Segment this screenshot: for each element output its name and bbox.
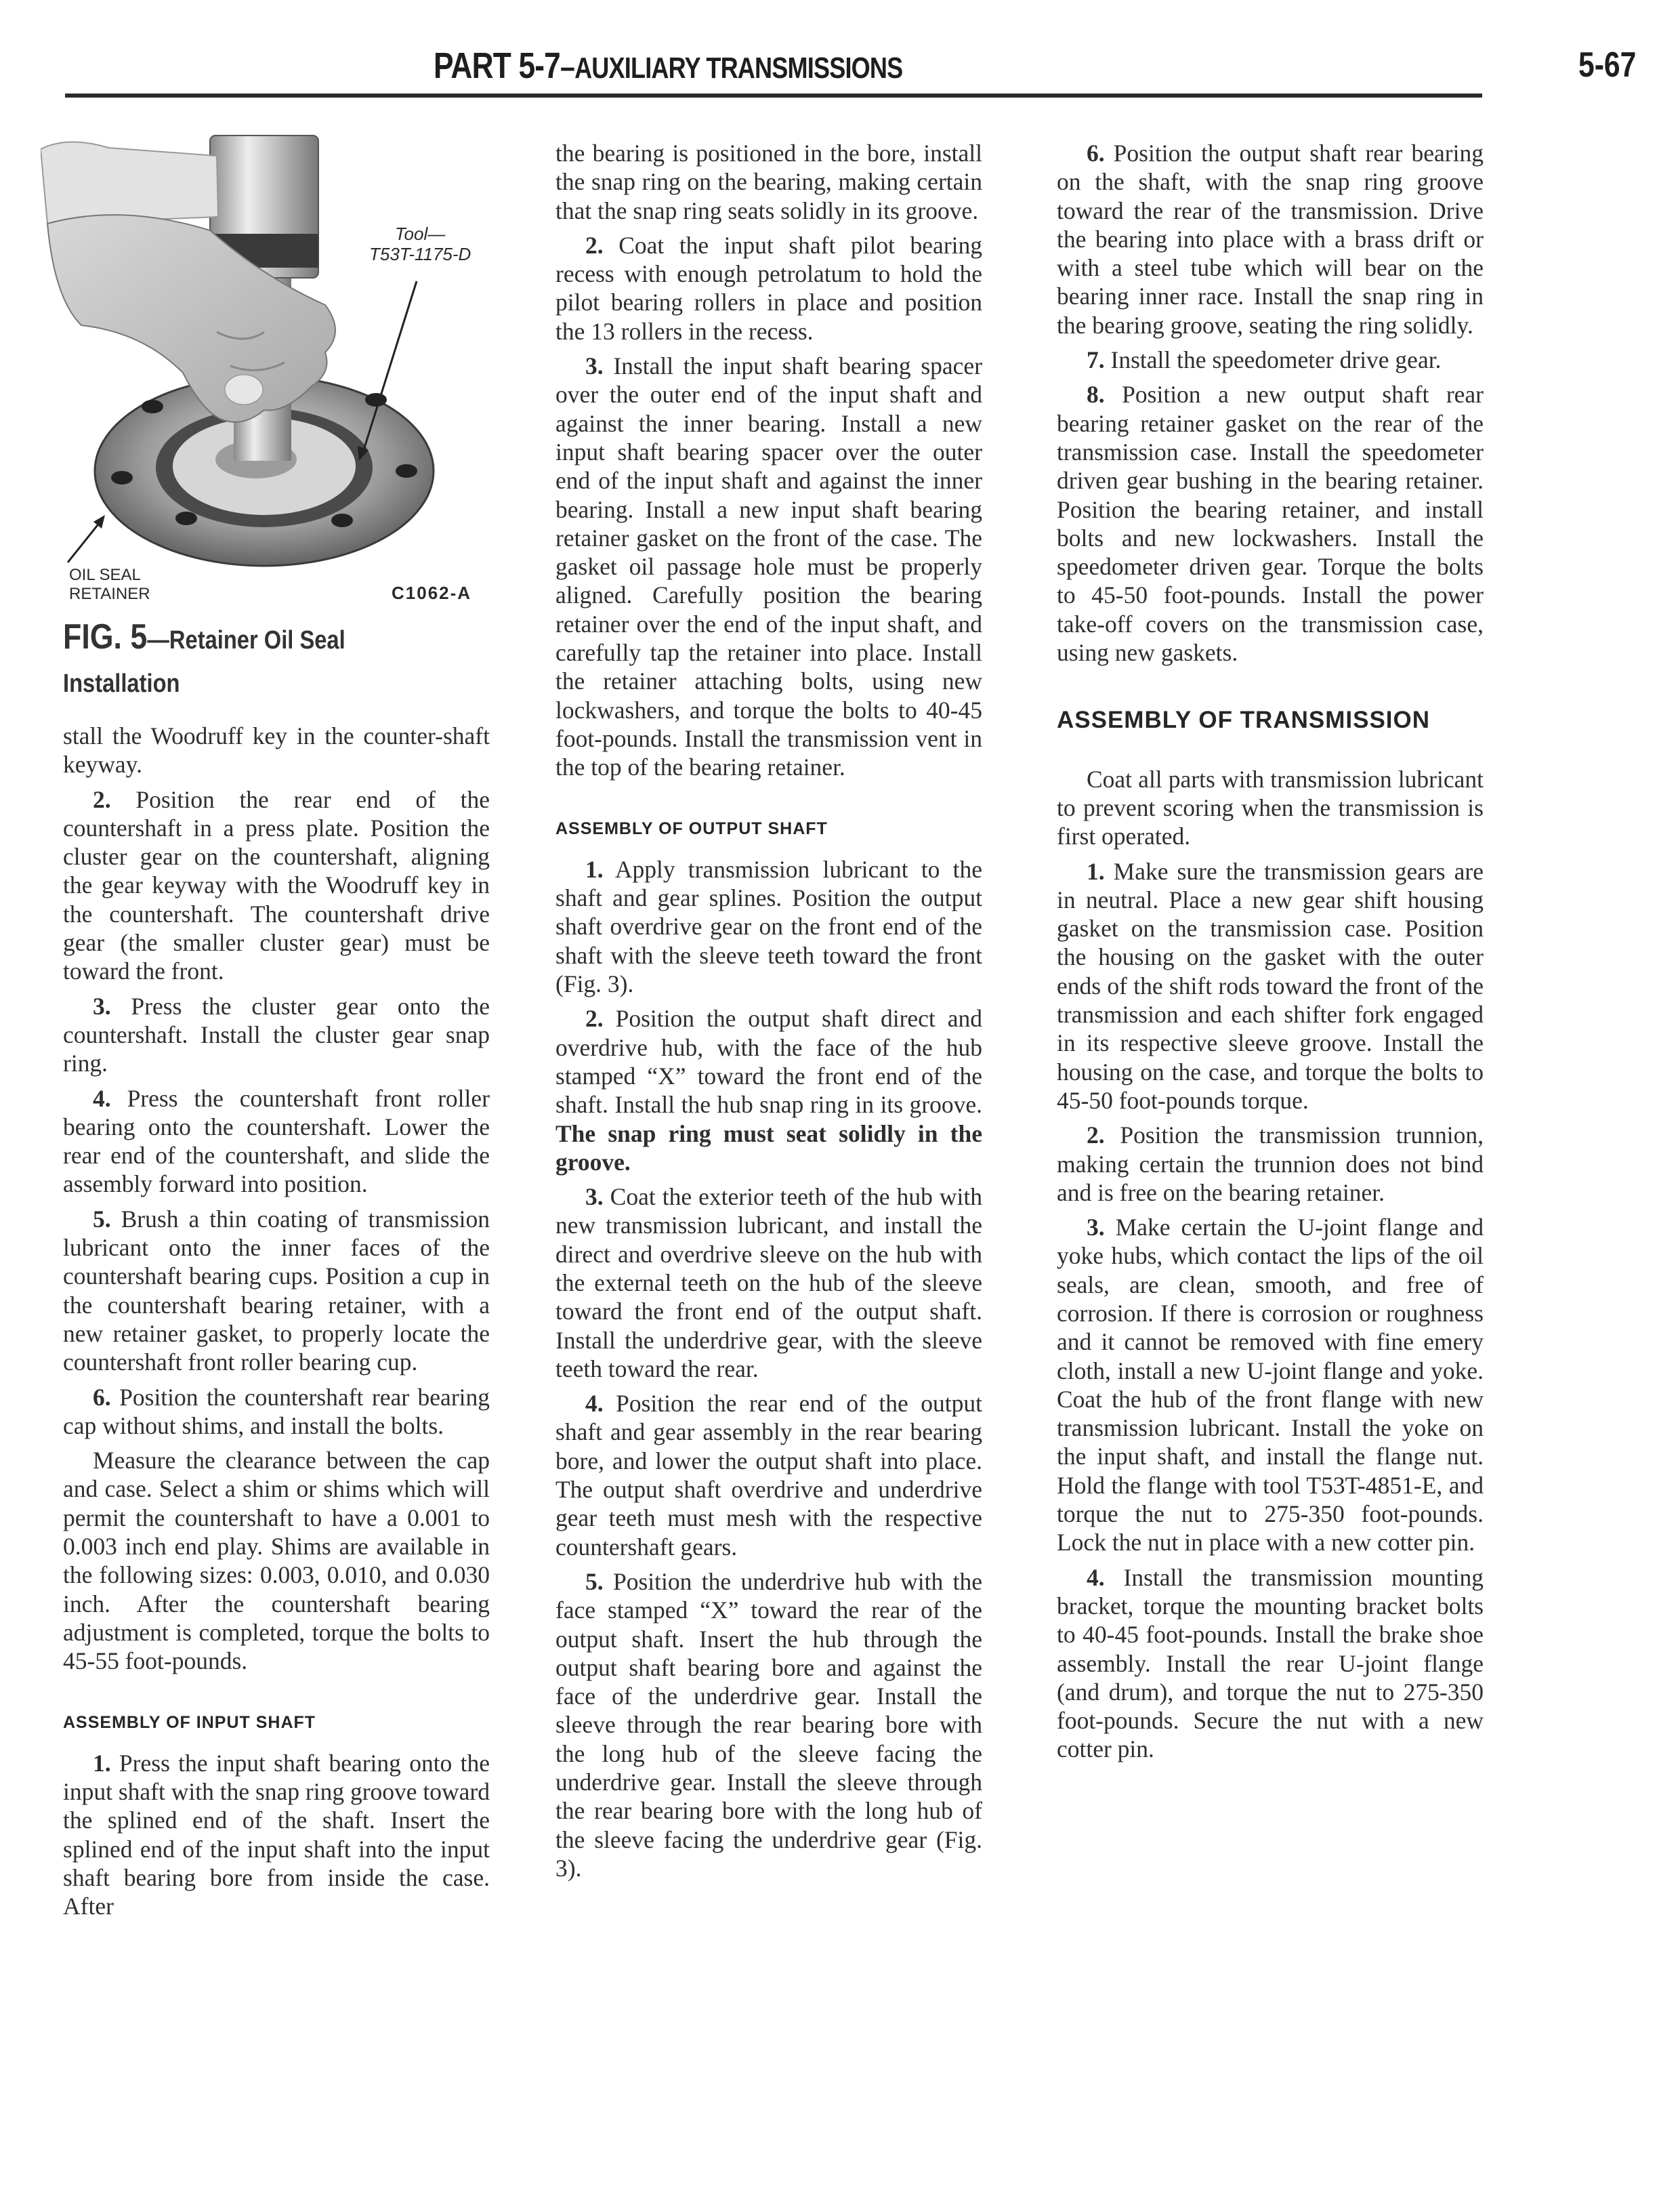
header-dash: –	[560, 49, 574, 85]
step-4: 4. Position the rear end of the output s…	[555, 1389, 982, 1561]
heading-assembly-output-shaft: ASSEMBLY OF OUTPUT SHAFT	[555, 814, 982, 843]
paragraph-coat-parts: Coat all parts with transmission lubrica…	[1057, 765, 1484, 851]
header-rule	[65, 94, 1482, 98]
heading-assembly-transmission: ASSEMBLY OF TRANSMISSION	[1057, 706, 1484, 735]
step-5: 5. Position the underdrive hub with the …	[555, 1567, 982, 1882]
tool-label: Tool— T53T-1175-D	[369, 224, 471, 264]
paragraph-shim-clearance: Measure the clearance between the cap an…	[63, 1446, 490, 1675]
paragraph: the bearing is positioned in the bore, i…	[555, 139, 982, 225]
figure-number: FIG. 5	[63, 617, 147, 657]
step-3: 3. Install the input shaft bearing space…	[555, 352, 982, 781]
figure-caption: FIG. 5—Retainer Oil Seal Installation	[63, 618, 448, 708]
step-6: 6. Position the output shaft rear bearin…	[1057, 139, 1484, 339]
column-2: the bearing is positioned in the bore, i…	[555, 139, 982, 1888]
step-3: 3. Press the cluster gear onto the count…	[63, 992, 490, 1078]
paragraph: stall the Woodruff key in the counter-sh…	[63, 722, 490, 779]
figure-retainer-oil-seal: Tool— T53T-1175-D OIL SEAL RETAINER C106…	[41, 129, 501, 603]
section-title: AUXILIARY TRANSMISSIONS	[574, 51, 902, 85]
step-4: 4. Install the transmission mounting bra…	[1057, 1563, 1484, 1764]
step-3: 3. Coat the exterior teeth of the hub wi…	[555, 1182, 982, 1383]
step-4: 4. Press the countershaft front roller b…	[63, 1084, 490, 1199]
heading-assembly-input-shaft: ASSEMBLY OF INPUT SHAFT	[63, 1708, 490, 1737]
page-number: 5-67	[1578, 45, 1636, 85]
step-1: 1. Make sure the transmission gears are …	[1057, 857, 1484, 1115]
step-8: 8. Position a new output shaft rear bear…	[1057, 380, 1484, 667]
part-number: PART 5-7	[434, 45, 560, 86]
step-2: 2. Position the transmission trunnion, m…	[1057, 1121, 1484, 1207]
oil-seal-installation-illustration	[41, 129, 501, 603]
step-1: 1. Apply transmission lubricant to the s…	[555, 855, 982, 998]
step-5: 5. Brush a thin coating of transmission …	[63, 1205, 490, 1377]
step-2: 2. Position the output shaft direct and …	[555, 1004, 982, 1176]
bolt-hole	[142, 400, 163, 413]
warning-text: The snap ring must seat solidly in the g…	[555, 1120, 982, 1176]
step-6: 6. Position the countershaft rear bearin…	[63, 1383, 490, 1441]
column-3: 6. Position the output shaft rear bearin…	[1057, 139, 1484, 1770]
running-header: PART 5-7–AUXILIARY TRANSMISSIONS	[434, 45, 902, 87]
step-2: 2. Coat the input shaft pilot bearing re…	[555, 231, 982, 346]
step-7: 7. Install the speedometer drive gear.	[1057, 346, 1484, 374]
column-1: stall the Woodruff key in the counter-sh…	[63, 722, 490, 1927]
oil-seal-retainer-label: OIL SEAL RETAINER	[69, 566, 150, 604]
step-2: 2. Position the rear end of the counters…	[63, 785, 490, 986]
figure-code: C1062-A	[392, 583, 471, 604]
step-3: 3. Make certain the U-joint flange and y…	[1057, 1213, 1484, 1557]
step-1: 1. Press the input shaft bearing onto th…	[63, 1749, 490, 1921]
